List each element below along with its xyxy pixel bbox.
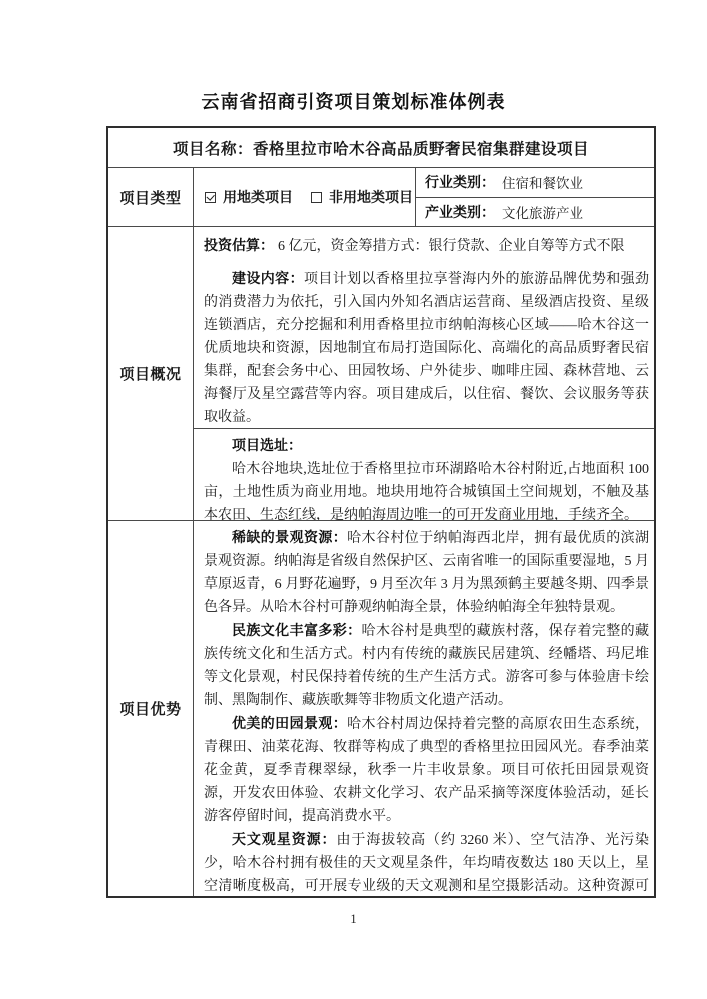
construction-text: 项目计划以香格里拉享誉海内外的旅游品牌优势和强劲的消费潜力为依托，引入国内外知名… [204, 272, 649, 425]
sector-category-label: 产业类别： [425, 202, 495, 222]
non-land-project-option-label: 非用地类项目 [329, 187, 413, 207]
project-type-row: 项目类型 用地类项目 非用地类项目 行业类别： 住宿和餐饮业 产业类别： 文化旅… [108, 167, 654, 226]
land-project-option[interactable]: 用地类项目 [205, 187, 293, 207]
project-name-text: 项目名称：香格里拉市哈木谷高品质野奢民宿集群建设项目 [173, 137, 589, 159]
siting-cell: 项目选址： 哈木谷地块,选址位于香格里拉市环湖路哈木谷村附近,占地面积 100 … [194, 428, 654, 520]
advantage-1-lead: 稀缺的景观资源： [232, 529, 347, 545]
advantage-paragraph: 稀缺的景观资源：哈木谷村位于纳帕海西北岸，拥有最优质的滨湖景观资源。纳帕海是省级… [204, 526, 649, 619]
siting-heading: 项目选址： [232, 437, 302, 453]
siting-text: 哈木谷地块,选址位于香格里拉市环湖路哈木谷村附近,占地面积 100 亩，土地性质… [204, 458, 649, 520]
project-overview-row: 项目概况 投资估算： 6 亿元，资金筹措方式：银行贷款、企业自筹等方式不限 建设… [108, 226, 654, 520]
project-overview-content: 投资估算： 6 亿元，资金筹措方式：银行贷款、企业自筹等方式不限 建设内容：项目… [193, 227, 654, 520]
investment-text: 6 亿元，资金筹措方式：银行贷款、企业自筹等方式不限 [278, 235, 625, 255]
advantage-paragraph: 天文观星资源：由于海拔较高（约 3260 米）、空气洁净、光污染少，哈木谷村拥有… [204, 828, 649, 896]
industry-category-label: 行业类别： [425, 172, 495, 192]
page-title: 云南省招商引资项目策划标准体例表 [0, 88, 707, 114]
project-overview-label: 项目概况 [108, 227, 193, 520]
project-type-label: 项目类型 [108, 168, 193, 226]
investment-lead: 投资估算： [204, 235, 274, 255]
project-advantages-row: 项目优势 稀缺的景观资源：哈木谷村位于纳帕海西北岸，拥有最优质的滨湖景观资源。纳… [108, 520, 654, 896]
checkbox-checked-icon[interactable] [205, 192, 216, 203]
land-project-option-label: 用地类项目 [223, 187, 293, 207]
advantage-paragraph: 优美的田园景观：哈木谷村周边保持着完整的高原农田生态系统，青稞田、油菜花海、牧群… [204, 712, 649, 828]
project-table: 项目名称：香格里拉市哈木谷高品质野奢民宿集群建设项目 项目类型 用地类项目 非用… [106, 126, 656, 898]
advantages-body: 稀缺的景观资源：哈木谷村位于纳帕海西北岸，拥有最优质的滨湖景观资源。纳帕海是省级… [194, 521, 654, 896]
industry-category-row: 行业类别： 住宿和餐饮业 [416, 168, 654, 197]
sector-category-value: 文化旅游产业 [502, 202, 583, 222]
sector-category-row: 产业类别： 文化旅游产业 [416, 197, 654, 227]
advantage-2-lead: 民族文化丰富多彩： [232, 622, 362, 638]
investment-cell: 投资估算： 6 亿元，资金筹措方式：银行贷款、企业自筹等方式不限 [194, 227, 654, 262]
page-number: 1 [0, 912, 707, 927]
category-cell: 行业类别： 住宿和餐饮业 产业类别： 文化旅游产业 [415, 168, 654, 226]
project-name-row: 项目名称：香格里拉市哈木谷高品质野奢民宿集群建设项目 [108, 128, 654, 167]
construction-cell: 建设内容：项目计划以香格里拉享誉海内外的旅游品牌优势和强劲的消费潜力为依托，引入… [194, 262, 654, 428]
project-advantages-content: 稀缺的景观资源：哈木谷村位于纳帕海西北岸，拥有最优质的滨湖景观资源。纳帕海是省级… [193, 521, 654, 896]
advantage-4-lead: 天文观星资源： [232, 831, 336, 847]
industry-category-value: 住宿和餐饮业 [502, 172, 583, 192]
advantage-paragraph: 民族文化丰富多彩：哈木谷村是典型的藏族村落，保存着完整的藏族传统文化和生活方式。… [204, 619, 649, 712]
checkbox-unchecked-icon[interactable] [311, 192, 322, 203]
advantage-3-text: 哈木谷村周边保持着完整的高原农田生态系统，青稞田、油菜花海、牧群等构成了典型的香… [204, 717, 649, 824]
project-advantages-label: 项目优势 [108, 521, 193, 896]
non-land-project-option[interactable]: 非用地类项目 [311, 187, 413, 207]
project-type-options-cell: 用地类项目 非用地类项目 [193, 168, 415, 226]
construction-lead: 建设内容： [232, 270, 304, 286]
advantage-3-lead: 优美的田园景观： [232, 715, 347, 731]
